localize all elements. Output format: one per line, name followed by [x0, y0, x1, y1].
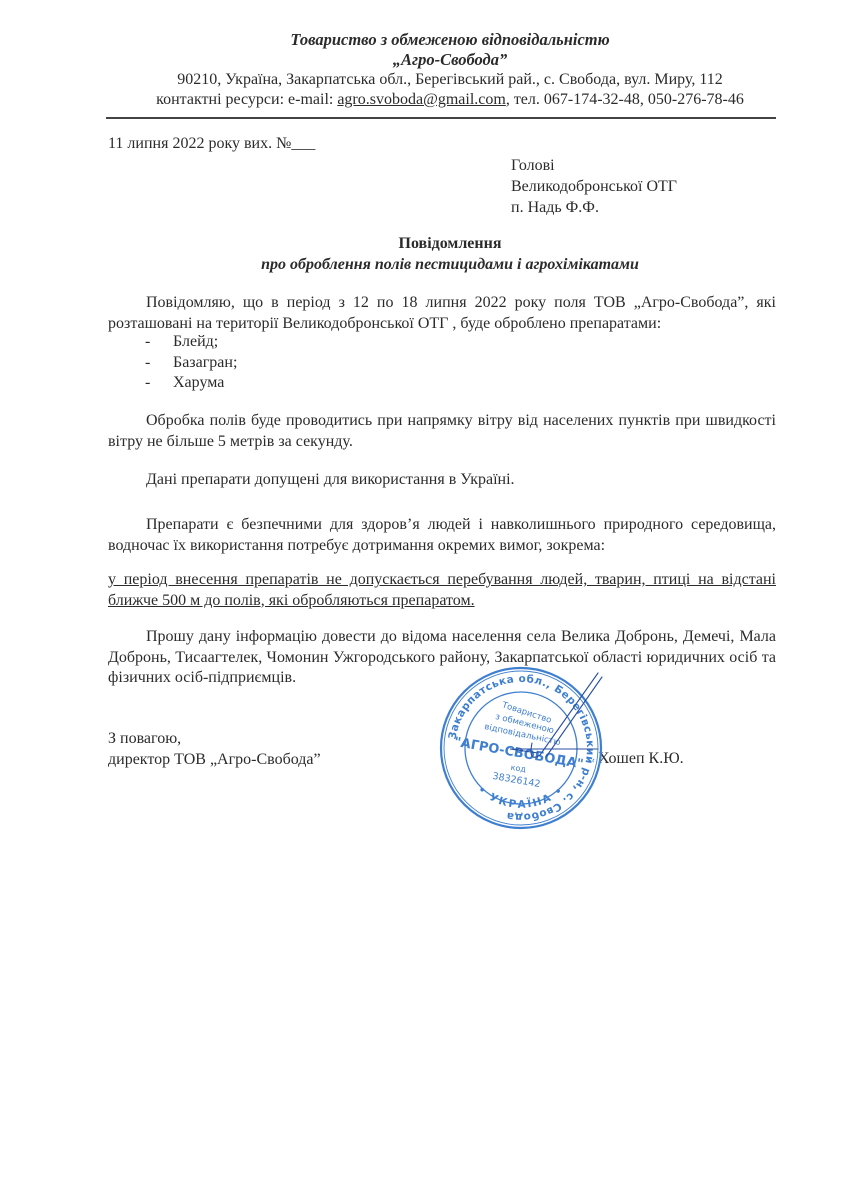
svg-text:38326142: 38326142	[492, 771, 542, 790]
letter-page: Товариство з обмеженою відповідальністю …	[0, 0, 849, 1200]
signature-mark	[480, 665, 620, 765]
org-contacts: контактні ресурси: e-mail: agro.svoboda@…	[100, 90, 800, 110]
addressee-line-1: Голові	[511, 155, 677, 176]
document-title: Повідомлення про оброблення полів пестиц…	[100, 233, 800, 275]
title-main: Повідомлення	[100, 233, 800, 254]
addressee-line-3: п. Надь Ф.Ф.	[511, 197, 677, 218]
closing-position: директор ТОВ „Агро-Свобода”	[108, 750, 321, 771]
contacts-suffix: , тел. 067-174-32-48, 050-276-78-46	[506, 91, 744, 108]
addressee-line-2: Великодобронської ОТГ	[511, 176, 677, 197]
contacts-prefix: контактні ресурси: e-mail:	[156, 91, 337, 108]
org-type: Товариство з обмеженою відповідальністю	[100, 30, 800, 50]
addressee-block: Голові Великодобронської ОТГ п. Надь Ф.Ф…	[511, 155, 677, 218]
paragraph-restriction: у період внесення препаратів не допускає…	[108, 570, 776, 611]
paragraph-wind-conditions: Обробка полів буде проводитись при напря…	[108, 411, 776, 452]
org-name: „Агро-Свобода”	[100, 50, 800, 70]
list-item: -Блейд;	[145, 332, 237, 353]
paragraph-approval: Дані препарати допущені для використання…	[108, 470, 776, 491]
list-item: -Базагран;	[145, 353, 237, 374]
paragraph-intro: Повідомляю, що в період з 12 по 18 липня…	[108, 293, 776, 334]
letterhead-divider	[106, 117, 776, 119]
title-subtitle: про оброблення полів пестицидами і агрох…	[100, 254, 800, 275]
preparations-list: -Блейд; -Базагран; -Харума	[145, 332, 237, 394]
list-item: -Харума	[145, 373, 237, 394]
closing-greeting: З повагою,	[108, 729, 321, 750]
date-and-number: 11 липня 2022 року вих. №___	[108, 134, 315, 154]
letterhead: Товариство з обмеженою відповідальністю …	[100, 30, 800, 110]
org-address: 90210, Україна, Закарпатська обл., Берег…	[100, 70, 800, 90]
paragraph-safety: Препарати є безпечними для здоров’я люде…	[108, 515, 776, 556]
closing-block: З повагою, директор ТОВ „Агро-Свобода”	[108, 729, 321, 770]
email-link[interactable]: agro.svoboda@gmail.com	[337, 91, 505, 108]
